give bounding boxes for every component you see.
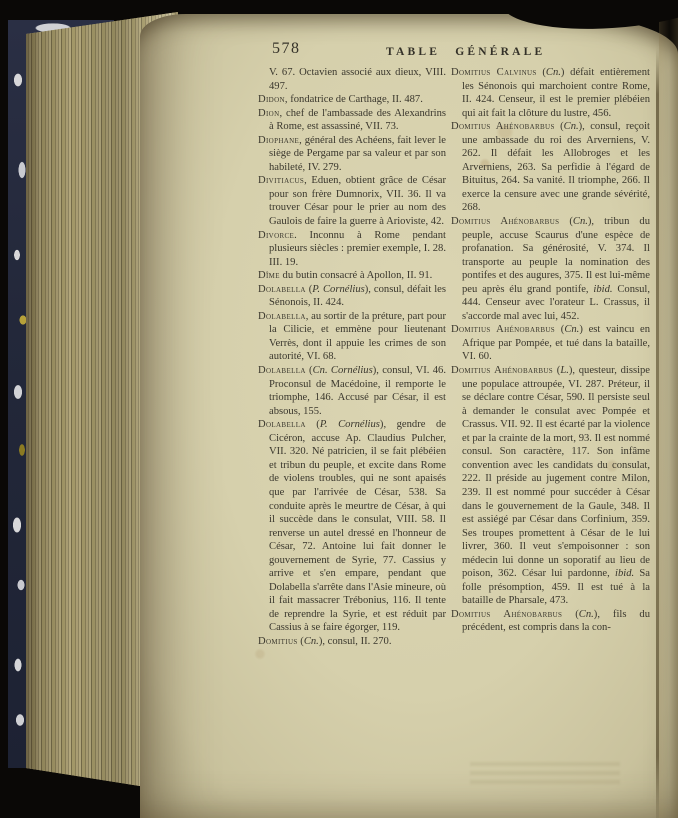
index-entry: Domitius Ahénobarbus (Cn.), tribun du pe… bbox=[451, 215, 650, 323]
entry-italic-text: ibid. bbox=[615, 568, 634, 579]
entry-headword: Dion bbox=[258, 108, 280, 119]
gutter-shading bbox=[659, 14, 678, 818]
entry-text: ( bbox=[562, 609, 578, 620]
index-column-right: Domitius Calvinus (Cn.) défait entièreme… bbox=[451, 66, 650, 635]
gutter-crease bbox=[656, 48, 659, 818]
index-entry: Domitius Calvinus (Cn.) défait entièreme… bbox=[451, 66, 650, 120]
book-photograph: 578 TABLE GÉNÉRALE V. 67. Octavien assoc… bbox=[0, 0, 678, 818]
entry-headword: Domitius Ahénobarbus bbox=[451, 609, 562, 620]
index-entry: Dolabella (P. Cornélius), gendre de Cicé… bbox=[258, 418, 446, 635]
entry-text: ), gendre de Cicéron, accuse Ap. Claudiu… bbox=[269, 419, 446, 633]
entry-headword: Domitius Ahénobarbus bbox=[451, 324, 555, 335]
entry-headword: Divorce bbox=[258, 230, 294, 241]
index-column-left: V. 67. Octavien associé aux dieux, VIII.… bbox=[258, 66, 446, 649]
entry-text: ( bbox=[555, 121, 564, 132]
entry-headword: Domitius Ahénobarbus bbox=[451, 365, 553, 376]
entry-headword: Dolabella bbox=[258, 284, 306, 295]
entry-headword: Didon bbox=[258, 94, 285, 105]
index-entry: Domitius (Cn.), consul, II. 270. bbox=[258, 635, 446, 649]
index-entry: Divitiacus, Eduen, obtient grâce de Césa… bbox=[258, 174, 446, 228]
entry-italic-text: Cn. Cornélius bbox=[313, 365, 373, 376]
entry-text: . Inconnu à Rome pendant plusieurs siècl… bbox=[269, 230, 446, 268]
index-entry: Dion, chef de l'ambassade des Alexandrin… bbox=[258, 107, 446, 134]
index-entry: Dîme du butin consacré à Apollon, II. 91… bbox=[258, 269, 446, 283]
entry-headword: Dolabella bbox=[258, 311, 306, 322]
entry-italic-text: Cn. bbox=[304, 636, 319, 647]
index-entry: Domitius Ahénobarbus (Cn.), consul, reço… bbox=[451, 120, 650, 215]
index-entry: Divorce. Inconnu à Rome pendant plusieur… bbox=[258, 229, 446, 270]
entry-text: ), consul, II. 270. bbox=[319, 636, 392, 647]
entry-italic-text: Cn. bbox=[579, 609, 594, 620]
index-entry: Diophane, général des Achéens, fait leve… bbox=[258, 134, 446, 175]
entry-text: ( bbox=[306, 365, 313, 376]
entry-text: ), consul, reçoit une ambassade du roi d… bbox=[462, 121, 650, 213]
entry-italic-text: Cn. bbox=[546, 67, 561, 78]
entry-text: du butin consacré à Apollon, II. 91. bbox=[280, 270, 432, 281]
index-entry: Didon, fondatrice de Carthage, II. 487. bbox=[258, 93, 446, 107]
entry-italic-text: Cn. bbox=[564, 324, 579, 335]
entry-text: ( bbox=[306, 419, 320, 430]
index-entry: Domitius Ahénobarbus (Cn.), fils du préc… bbox=[451, 608, 650, 635]
entry-text: ( bbox=[559, 216, 573, 227]
entry-headword: Domitius Calvinus bbox=[451, 67, 537, 78]
page-number: 578 bbox=[272, 40, 301, 58]
entry-headword: Domitius Ahénobarbus bbox=[451, 121, 555, 132]
page-title: TABLE GÉNÉRALE bbox=[386, 46, 545, 58]
entry-headword: Divitiacus bbox=[258, 175, 304, 186]
index-entry: Dolabella (P. Cornélius), consul, défait… bbox=[258, 283, 446, 310]
entry-text: , chef de l'ambassade des Alexandrins à … bbox=[269, 108, 446, 133]
entry-text: ), questeur, dissipe une populace attrou… bbox=[462, 365, 650, 579]
entry-headword: Dolabella bbox=[258, 365, 306, 376]
index-entry: Domitius Ahénobarbus (Cn.) est vaincu en… bbox=[451, 323, 650, 364]
entry-headword: Dolabella bbox=[258, 419, 306, 430]
entry-text: ( bbox=[537, 67, 546, 78]
entry-headword: Domitius bbox=[258, 636, 298, 647]
entry-text: , fondatrice de Carthage, II. 487. bbox=[285, 94, 423, 105]
entry-headword: Domitius Ahénobarbus bbox=[451, 216, 559, 227]
entry-text: ( bbox=[555, 324, 564, 335]
index-entry: Dolabella (Cn. Cornélius), consul, VI. 4… bbox=[258, 364, 446, 418]
entry-italic-text: Cn. bbox=[573, 216, 588, 227]
entry-headword: Diophane bbox=[258, 135, 299, 146]
entry-italic-text: ibid. bbox=[593, 284, 612, 295]
index-entry: V. 67. Octavien associé aux dieux, VIII.… bbox=[258, 66, 446, 93]
entry-italic-text: Cn. bbox=[564, 121, 579, 132]
entry-italic-text: P. Cornélius bbox=[312, 284, 365, 295]
entry-text: V. 67. Octavien associé aux dieux, VIII.… bbox=[269, 67, 446, 92]
entry-headword: Dîme bbox=[258, 270, 280, 281]
ink-show-through bbox=[470, 762, 620, 788]
entry-italic-text: L. bbox=[560, 365, 569, 376]
entry-italic-text: P. Cornélius bbox=[320, 419, 380, 430]
index-entry: Domitius Ahénobarbus (L.), questeur, dis… bbox=[451, 364, 650, 608]
open-book-page: 578 TABLE GÉNÉRALE V. 67. Octavien assoc… bbox=[140, 14, 678, 818]
index-entry: Dolabella, au sortir de la préture, part… bbox=[258, 310, 446, 364]
